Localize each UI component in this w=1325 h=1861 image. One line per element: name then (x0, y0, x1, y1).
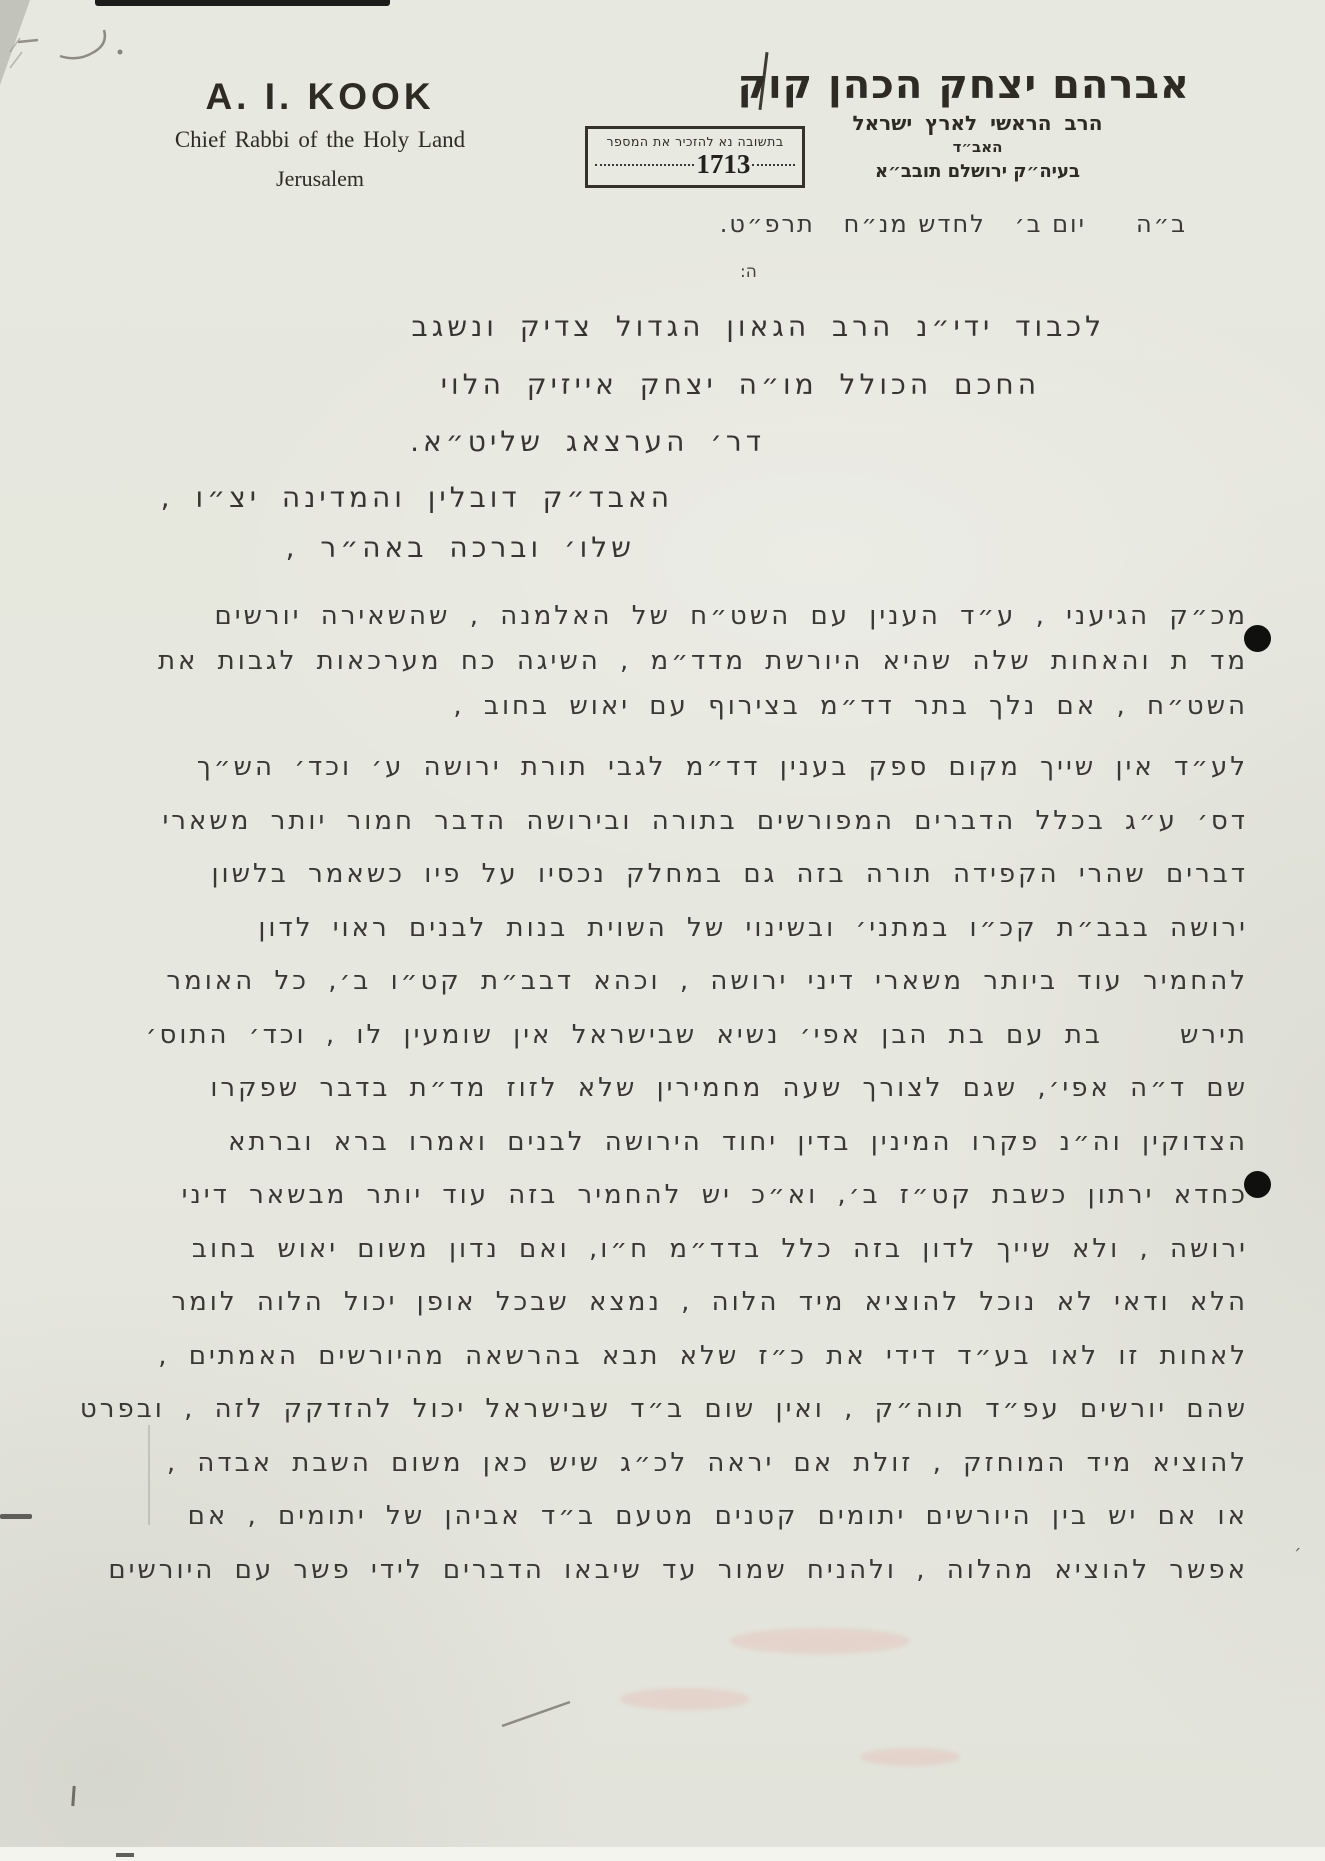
date-text: יום ב׳ לחדש מנ״ח תרפ״ט. (720, 210, 1086, 238)
letterhead-name-english: A. I. KOOK (130, 76, 510, 118)
letterhead-subtitle-3: בעיה״ק ירושלם תובב״א (765, 161, 1190, 182)
pencil-scribble (8, 12, 138, 82)
hole-punch-dot (1244, 625, 1271, 652)
stamp-number: 1713 (694, 151, 752, 178)
body-text-line: דברים שהרי הקפידה תורה בזה גם במחלק נכסי… (30, 848, 1248, 902)
greeting-line: שלו׳ וברכה באה״ר , (286, 531, 635, 564)
body-text-line: דס׳ ע״ג בכלל הדברים המפורשים בתורה ובירו… (30, 795, 1248, 849)
body-text-line: לאחות זו לאו בע״ד דידי את כ״ז שלא תבא בה… (30, 1330, 1248, 1384)
address-line: לכבוד ידי״נ הרב הגאון הגדול צדיק ונשגב (412, 310, 1105, 343)
body-text-line: ירושה , ולא שייך לדון בזה כלל בדד״מ ח״ו,… (30, 1223, 1248, 1277)
body-text-line: להחמיר עוד ביותר משארי דיני ירושה , וכהא… (30, 955, 1248, 1009)
body-text-line: הצדוקין וה״נ פקרו המינין בדין יחוד הירוש… (30, 1116, 1248, 1170)
letterhead-name-hebrew: אברהם יצחק הכהן קוק (765, 62, 1190, 108)
body-text-line: ירושה בבב״ת קכ״ו במתני׳ ובשינוי של השוית… (30, 902, 1248, 956)
edge-mark (0, 1514, 32, 1519)
body-text-line: כחדא ירתון כשבת קט״ז ב׳, וא״כ יש להחמיר … (30, 1169, 1248, 1223)
body-text-line: שהם יורשים עפ״ד תוה״ק , ואין שום ב״ד שבי… (30, 1383, 1248, 1437)
scan-bottom-strip (0, 1847, 1325, 1861)
body-text-line: להוציא מיד המוחזק , זולת אם יראה לכ״ג שי… (30, 1437, 1248, 1491)
scan-edge-bar (95, 0, 390, 6)
bsd-abbreviation: ב״ה (1136, 210, 1187, 238)
body-text-line: שם ד״ה אפי׳, שגם לצורך שעה מחמירין שלא ל… (30, 1062, 1248, 1116)
pencil-stroke (498, 1698, 578, 1730)
date-line: ב״ה יום ב׳ לחדש מנ״ח תרפ״ט. (720, 210, 1187, 238)
body-text-line: מכ״ק הגיעני , ע״ד הענין עם השט״ח של האלמ… (30, 594, 1248, 639)
pink-smudge (860, 1748, 960, 1766)
body-text-line: אפשר להוציא מהלוה , ולהניח שמור עד שיבאו… (30, 1544, 1248, 1598)
scanned-letter-page: ׳ A. I. KOOK Chief Rabbi of the Holy Lan… (0, 0, 1325, 1861)
hole-punch-dot (1244, 1171, 1271, 1198)
body-text-line: הלא ודאי לא נוכל להוציא מיד הלוה , נמצא … (30, 1276, 1248, 1330)
pink-smudge (730, 1628, 910, 1654)
margin-tick (71, 1786, 75, 1806)
body-paragraph-1: מכ״ק הגיעני , ע״ד הענין עם השט״ח של האלמ… (30, 594, 1248, 729)
body-text-line: מד ת והאחות שלה שהיא היורשת מדד״מ , השיג… (30, 639, 1248, 684)
body-text-line: לע״ד אין שייך מקום ספק בענין דד״מ לגבי ת… (30, 741, 1248, 795)
letterhead-english: A. I. KOOK Chief Rabbi of the Holy Land … (130, 76, 510, 192)
address-line: החכם הכולל מו״ה יצחק אייזיק הלוי (441, 368, 1040, 401)
letterhead-hebrew: אברהם יצחק הכהן קוק הרב הראשי לארץ ישראל… (765, 62, 1190, 182)
body-text-line: או אם יש בין היורשים יתומים קטנים מטעם ב… (30, 1490, 1248, 1544)
body-text-line: השט״ח , אם נלך בתר דד״מ בצירוף עם יאוש ב… (30, 684, 1248, 729)
address-line: דר׳ הערצאג שליט״א. (410, 425, 765, 458)
handwritten-note: ה: (740, 262, 757, 282)
address-line: האבד״ק דובלין והמדינה יצ״ו , (161, 481, 673, 514)
dotted-leader (595, 164, 694, 166)
body-text-line: תירש בת עם בת הבן אפי׳ נשיא שבישראל אין … (30, 1009, 1248, 1063)
body-paragraph-2: לע״ד אין שייך מקום ספק בענין דד״מ לגבי ת… (30, 741, 1248, 1597)
stray-mark: ׳ (1294, 1542, 1301, 1563)
letterhead-title-english: Chief Rabbi of the Holy Land (130, 127, 510, 153)
letterhead-city-english: Jerusalem (130, 166, 510, 192)
bottom-tick-mark (116, 1853, 134, 1857)
letterhead-subtitle-2: האב״ד (765, 138, 1190, 156)
pink-smudge (620, 1688, 750, 1710)
letterhead-subtitle-1: הרב הראשי לארץ ישראל (765, 111, 1190, 135)
